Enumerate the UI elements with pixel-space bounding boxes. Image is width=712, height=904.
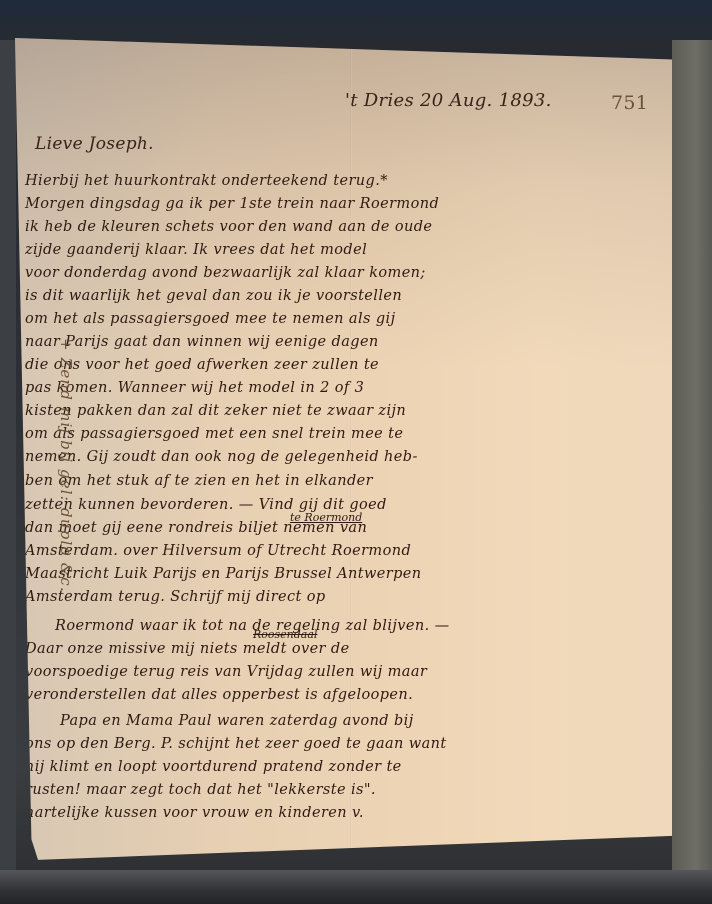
interlinear-insert: te Roermond: [290, 511, 362, 524]
body-line: Maastricht Luik Parijs en Parijs Brussel…: [25, 566, 422, 582]
body-line: zijde gaanderij klaar. Ik vrees dat het …: [25, 242, 367, 258]
body-line: Amsterdam. over Hilversum of Utrecht Roe…: [25, 543, 411, 559]
body-line: Hierbij het huurkontrakt onderteekend te…: [25, 173, 388, 189]
letter-sheet: 't Dries 20 Aug. 1893. 751 Lieve Joseph.…: [15, 38, 672, 864]
body-line: is dit waarlijk het geval dan zou ik je …: [25, 288, 402, 304]
body-line: Morgen dingsdag ga ik per 1ste trein naa…: [25, 196, 439, 212]
body-line: veronderstellen dat alles opperbest is a…: [25, 687, 413, 703]
body-line: voorspoedige terug reis van Vrijdag zull…: [25, 664, 427, 680]
body-line: ons op den Berg. P. schijnt het zeer goe…: [25, 736, 447, 752]
salutation: Lieve Joseph.: [35, 134, 154, 154]
body-line: om het als passagiersgoed mee te nemen a…: [25, 311, 395, 327]
archive-number: 751: [611, 92, 648, 114]
body-line: Daar onze missive mij niets meldt over d…: [25, 641, 350, 657]
body-line: kisten pakken dan zal dit zeker niet te …: [25, 403, 406, 419]
place-date-line: 't Dries 20 Aug. 1893.: [345, 90, 552, 111]
body-line: hij klimt en loopt voortdurend pratend z…: [25, 759, 402, 775]
body-line: pas komen. Wanneer wij het model in 2 of…: [25, 380, 364, 396]
body-line: naar Parijs gaat dan winnen wij eenige d…: [25, 334, 379, 350]
body-line: om als passagiersgoed met een snel trein…: [25, 426, 403, 442]
body-line: ben om het stuk af te zien en het in elk…: [25, 473, 373, 489]
display-backdrop-top: [0, 0, 712, 40]
margin-annotation: + Zend mij bij gel: duplo &c.: [57, 338, 75, 593]
body-line: ik heb de kleuren schets voor den wand a…: [25, 219, 432, 235]
body-line: voor donderdag avond bezwaarlijk zal kla…: [25, 265, 426, 281]
body-line: die ons voor het goed afwerken zeer zull…: [25, 357, 379, 373]
display-mount-right: [672, 40, 712, 900]
struck-through-insert: Roosendaal: [253, 628, 317, 641]
body-line: rusten! maar zegt toch dat het "lekkerst…: [25, 782, 376, 798]
body-line: nemen. Gij zoudt dan ook nog de gelegenh…: [25, 449, 418, 465]
body-line: hartelijke kussen voor vrouw en kinderen…: [25, 805, 364, 821]
body-line: Papa en Mama Paul waren zaterdag avond b…: [60, 713, 414, 729]
display-mount-bottom: [0, 870, 712, 904]
display-mount-left: [0, 40, 16, 870]
